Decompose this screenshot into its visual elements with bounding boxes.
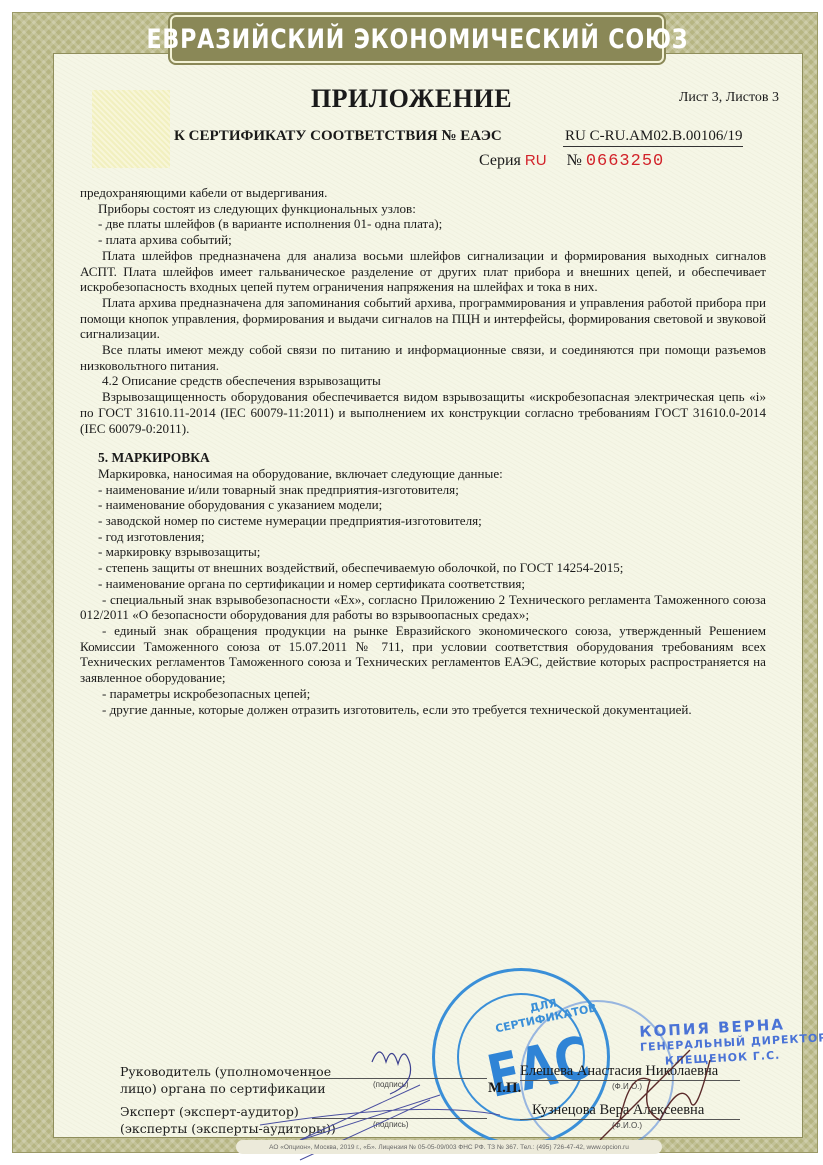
- list-item: - маркировку взрывозащиты;: [80, 544, 766, 560]
- certificate-number: RU C-RU.AM02.B.00106/19: [563, 128, 743, 147]
- expert-name: Кузнецова Вера Алексеевна: [532, 1102, 704, 1119]
- head-name-line: [520, 1080, 740, 1081]
- signature-caption: (подпись): [373, 1120, 409, 1129]
- list-item: - единый знак обращения продукции на рын…: [80, 623, 766, 686]
- list-item: - наименование и/или товарный знак предп…: [80, 482, 766, 498]
- expert-name-line: [520, 1119, 740, 1120]
- paragraph: Плата шлейфов предназначена для анализа …: [80, 248, 766, 295]
- head-signatory-label: Руководитель (уполномоченное лицо) орган…: [120, 1063, 331, 1097]
- paragraph: Плата архива предназначена для запоминан…: [80, 295, 766, 342]
- signature-caption: (подпись): [373, 1080, 409, 1089]
- list-item: - наименование органа по сертификации и …: [80, 576, 766, 592]
- head-signature-line: [312, 1078, 487, 1079]
- list-item: - заводской номер по системе нумерации п…: [80, 513, 766, 529]
- subsection-heading: 4.2 Описание средств обеспечения взрывоз…: [80, 373, 766, 389]
- fio-caption: (Ф.И.О.): [612, 1082, 642, 1091]
- sheet-indicator: Лист 3, Листов 3: [679, 90, 779, 106]
- series-label: Серия: [479, 152, 521, 169]
- union-banner: ЕВРАЗИЙСКИЙ ЭКОНОМИЧЕСКИЙ СОЮЗ: [170, 15, 664, 63]
- printer-imprint: АО «Опцион», Москва, 2019 г., «Б». Лицен…: [236, 1140, 662, 1154]
- expert-signature-line: [312, 1118, 487, 1119]
- paragraph: Маркировка, наносимая на оборудование, в…: [80, 466, 766, 482]
- list-item: - специальный знак взрывобезопасности «E…: [80, 592, 766, 623]
- paragraph: Приборы состоят из следующих функциональ…: [80, 201, 766, 217]
- seal-place: М.П.: [488, 1080, 521, 1097]
- paragraph: - две платы шлейфов (в варианте исполнен…: [80, 216, 766, 232]
- list-item: - год изготовления;: [80, 529, 766, 545]
- form-number: 0663250: [586, 152, 664, 171]
- series-line: Серия RU № 0663250: [479, 152, 664, 171]
- series-value: RU: [525, 152, 547, 169]
- expert-signatory-label: Эксперт (эксперт-аудитор) (эксперты (экс…: [120, 1103, 336, 1137]
- paragraph: Взрывозащищенность оборудования обеспечи…: [80, 389, 766, 436]
- list-item: - другие данные, которые должен отразить…: [80, 702, 766, 718]
- section-heading: 5. МАРКИРОВКА: [80, 450, 766, 466]
- number-label: №: [567, 152, 582, 169]
- certificate-subtitle: К СЕРТИФИКАТУ СООТВЕТСТВИЯ № ЕАЭС: [174, 128, 502, 145]
- list-item: - наименование оборудования с указанием …: [80, 497, 766, 513]
- fio-caption: (Ф.И.О.): [612, 1121, 642, 1130]
- union-banner-text: ЕВРАЗИЙСКИЙ ЭКОНОМИЧЕСКИЙ СОЮЗ: [146, 24, 688, 55]
- paragraph: - плата архива событий;: [80, 232, 766, 248]
- copy-certified-stamp: КОПИЯ ВЕРНА ГЕНЕРАЛЬНЫЙ ДИРЕКТОР КЛЕЩЕНО…: [639, 1015, 823, 1070]
- document-body: предохраняющими кабели от выдергивания. …: [80, 185, 766, 717]
- list-item: - степень защиты от внешних воздействий,…: [80, 560, 766, 576]
- paragraph: Все платы имеют между собой связи по пит…: [80, 342, 766, 373]
- list-item: - параметры искробезопасных цепей;: [80, 686, 766, 702]
- head-name: Елешева Анастасия Николаевна: [520, 1063, 718, 1080]
- paragraph: предохраняющими кабели от выдергивания.: [80, 185, 766, 201]
